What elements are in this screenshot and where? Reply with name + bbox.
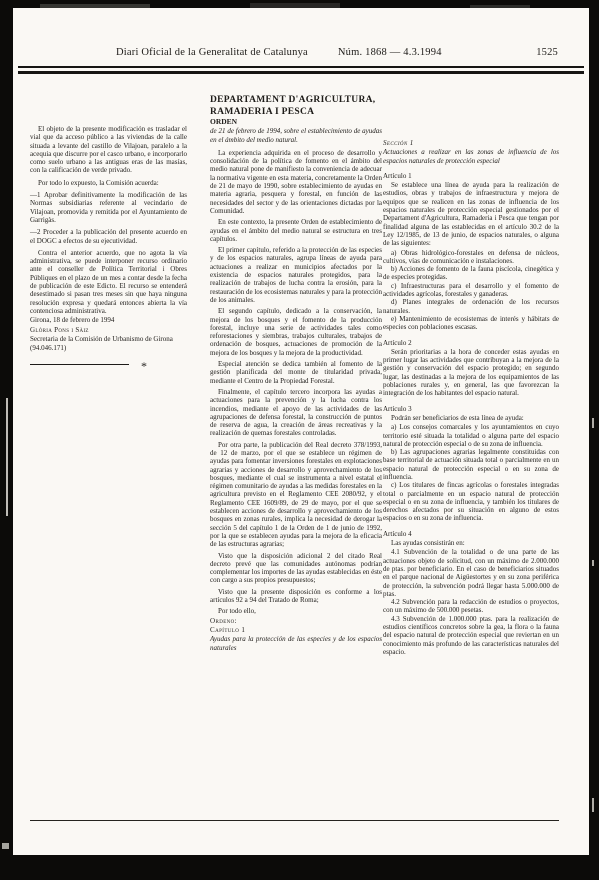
section-title: Actuaciones a realizar en las zonas de i…	[383, 148, 559, 165]
paragraph: El segundo capítulo, dedicado a la conse…	[210, 307, 382, 357]
scan-mark	[592, 560, 594, 566]
article-body: Podrán ser beneficiarios de esta línea d…	[383, 414, 559, 422]
issue-number: Núm. 1868 — 4.3.1994	[338, 47, 442, 58]
date-line: Girona, 18 de febrero de 1994	[30, 316, 187, 324]
article-item: 4.2 Subvención para la redacción de estu…	[383, 598, 559, 615]
article-item: d) Planes integrales de ordenación de lo…	[383, 298, 559, 315]
article-item: 4.1 Subvención de la totalidad o de una …	[383, 548, 559, 598]
scan-smudge	[250, 3, 340, 8]
signature-name: Glòria Pons i Sàiz	[30, 326, 187, 334]
paragraph: El objeto de la presente modificación es…	[30, 125, 187, 175]
left-column: El objeto de la presente modificación es…	[30, 125, 187, 367]
scan-mark	[592, 798, 594, 812]
article-item: c) Los titulares de fincas agrícolas o f…	[383, 481, 559, 522]
article-item: a) Los consejos comarcales y los ayuntam…	[383, 423, 559, 448]
article-item: b) Las agrupaciones agrarias legalmente …	[383, 448, 559, 481]
scan-notch	[2, 843, 9, 849]
edict-end-separator: *	[30, 361, 187, 367]
header-rule	[18, 66, 584, 74]
reference-number: (94.046.171)	[30, 344, 187, 352]
department-title: DEPARTAMENT D'AGRICULTURA, RAMADERIA I P…	[210, 95, 382, 118]
right-column: Sección 1 Actuaciones a realizar en las …	[383, 139, 559, 656]
paragraph: Por todo lo expuesto, la Comisión acuerd…	[30, 179, 187, 187]
paragraph: El primer capítulo, referido a la protec…	[210, 246, 382, 304]
page-number: 1525	[536, 47, 558, 58]
scan-mark	[592, 418, 594, 428]
article-heading: Artículo 4	[383, 530, 559, 538]
order-label: ORDEN	[210, 118, 382, 126]
order-subtitle: de 21 de febrero de 1994, sobre el estab…	[210, 127, 382, 144]
article-body: Serán prioritarias a la hora de conceder…	[383, 348, 559, 398]
scan-smudge	[470, 5, 530, 8]
article-item: e) Mantenimiento de ecosistemas de inter…	[383, 315, 559, 332]
paragraph: La experiencia adquirida en el proceso d…	[210, 149, 382, 215]
page-header: Diari Oficial de la Generalitat de Catal…	[30, 47, 558, 58]
footer-rule	[30, 820, 559, 821]
middle-column: DEPARTAMENT D'AGRICULTURA, RAMADERIA I P…	[210, 95, 382, 653]
chapter-label: Capítulo 1	[210, 626, 382, 634]
article-item: 4.3 Subvención de 1.000.000 ptas. para l…	[383, 615, 559, 656]
paragraph: Por otra parte, la publicación del Real …	[210, 441, 382, 549]
article-heading: Artículo 3	[383, 405, 559, 413]
article-item: a) Obras hidrológico-forestales en defen…	[383, 249, 559, 266]
paragraph: —2 Proceder a la publicación del present…	[30, 228, 187, 245]
article-body: Las ayudas consistirán en:	[383, 539, 559, 547]
paragraph: Especial atención se dedica también al f…	[210, 360, 382, 385]
journal-title: Diari Oficial de la Generalitat de Catal…	[116, 47, 308, 58]
scan-streak	[6, 398, 8, 516]
paragraph: En este contexto, la presente Orden de e…	[210, 218, 382, 243]
paragraph: Finalmente, el capítulo tercero incorpor…	[210, 388, 382, 438]
article-heading: Artículo 2	[383, 339, 559, 347]
asterisk-separator: *	[141, 363, 147, 369]
article-body: Se establece una línea de ayuda para la …	[383, 181, 559, 247]
scan-smudge	[40, 4, 150, 8]
ordeno-label: Ordeno:	[210, 617, 382, 625]
article-item: b) Acciones de fomento de la fauna piscí…	[383, 265, 559, 282]
section-label: Sección 1	[383, 139, 559, 147]
article-item: c) Infraestructuras para el desarrollo y…	[383, 282, 559, 299]
article-heading: Artículo 1	[383, 172, 559, 180]
paragraph: Contra el anterior acuerdo, que no agota…	[30, 249, 187, 315]
signature-title: Secretaria de la Comisión de Urbanismo d…	[30, 335, 187, 343]
separator-rule	[30, 364, 129, 365]
paragraph: Visto que la disposición adicional 2 del…	[210, 552, 382, 585]
paragraph: —1 Aprobar definitivamente la modificaci…	[30, 191, 187, 224]
paragraph: Por todo ello,	[210, 607, 382, 615]
gazette-page: Diari Oficial de la Generalitat de Catal…	[13, 8, 589, 855]
chapter-title: Ayudas para la protección de las especie…	[210, 635, 382, 652]
paragraph: Visto que la presente disposición es con…	[210, 588, 382, 605]
